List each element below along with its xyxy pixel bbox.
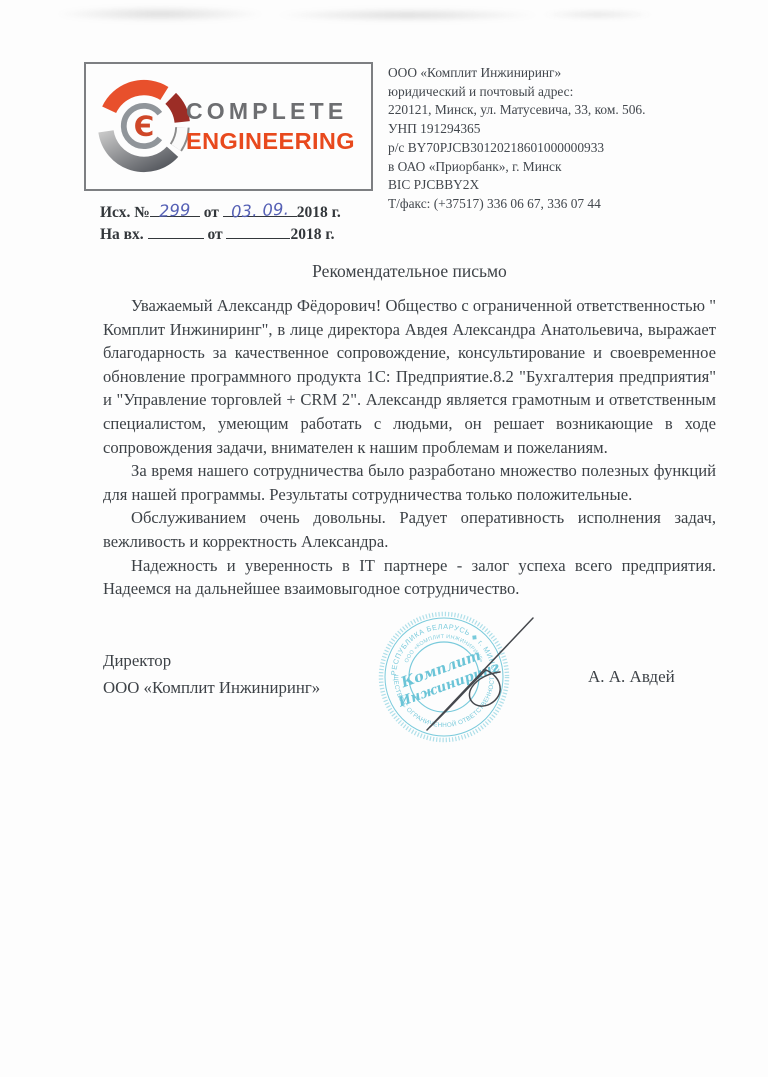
outgoing-number-blank: 299: [150, 201, 200, 217]
letter-body: Уважаемый Александр Фёдорович! Общество …: [103, 294, 716, 601]
incoming-prefix: На вх.: [100, 226, 144, 243]
incoming-number-blank: [148, 223, 204, 239]
letter-title: Рекомендательное письмо: [103, 261, 716, 282]
outgoing-year: 2018 г.: [297, 204, 341, 221]
company-detail-line: 220121, Минск, ул. Матусевича, 33, ком. …: [388, 101, 645, 120]
scan-smudge: [275, 8, 540, 22]
company-detail-line: р/с BY70PJCB30120218601000000933: [388, 139, 645, 158]
company-logo: Є COMPLETE ENGINEERING: [84, 62, 373, 191]
handwritten-outgoing-date: 03. 09.: [230, 199, 289, 223]
company-detail-line: в ОАО «Приорбанк», г. Минск: [388, 158, 645, 177]
company-detail-line: юридический и почтовый адрес:: [388, 83, 645, 102]
outgoing-reference-line: Исх. №299 от 03. 09.2018 г.: [100, 201, 341, 223]
director-signature-icon: [360, 598, 620, 758]
company-detail-line: ООО «Комплит Инжиниринг»: [388, 64, 645, 83]
body-paragraph: Надежность и уверенность в IT партнере -…: [103, 554, 716, 601]
outgoing-ot: от: [204, 204, 219, 221]
body-paragraph: За время нашего сотрудничества было разр…: [103, 459, 716, 506]
incoming-year: 2018 г.: [290, 226, 334, 243]
handwritten-outgoing-number: 299: [159, 199, 192, 222]
logo-word-complete: COMPLETE: [186, 96, 355, 126]
body-paragraph: Уважаемый Александр Фёдорович! Общество …: [103, 294, 716, 459]
scan-smudge: [55, 6, 265, 22]
signer-company: ООО «Комплит Инжиниринг»: [103, 675, 320, 702]
signature-left-block: Директор ООО «Комплит Инжиниринг»: [103, 648, 320, 701]
logo-mark-icon: Є: [96, 78, 192, 174]
signer-position: Директор: [103, 648, 320, 675]
scanned-letter-page: Є COMPLETE ENGINEERING ООО «Комплит Инжи…: [0, 0, 768, 1077]
company-details: ООО «Комплит Инжиниринг» юридический и п…: [388, 64, 645, 214]
body-paragraph: Обслуживанием очень довольны. Радует опе…: [103, 506, 716, 553]
logo-word-engineering: ENGINEERING: [186, 126, 355, 157]
logo-wordmark: COMPLETE ENGINEERING: [186, 96, 355, 157]
reference-block: Исх. №299 от 03. 09.2018 г. На вх. от 20…: [100, 201, 341, 245]
company-detail-line: Т/факс: (+37517) 336 06 67, 336 07 44: [388, 195, 645, 214]
scan-smudge: [540, 9, 655, 20]
outgoing-date-blank: 03. 09.: [223, 201, 297, 217]
outgoing-prefix: Исх. №: [100, 204, 150, 221]
incoming-ot: от: [207, 226, 222, 243]
company-detail-line: УНП 191294365: [388, 120, 645, 139]
incoming-reference-line: На вх. от 2018 г.: [100, 223, 341, 245]
incoming-date-blank: [226, 223, 290, 239]
svg-text:Є: Є: [134, 110, 154, 143]
company-detail-line: BIC PJCBBY2X: [388, 176, 645, 195]
